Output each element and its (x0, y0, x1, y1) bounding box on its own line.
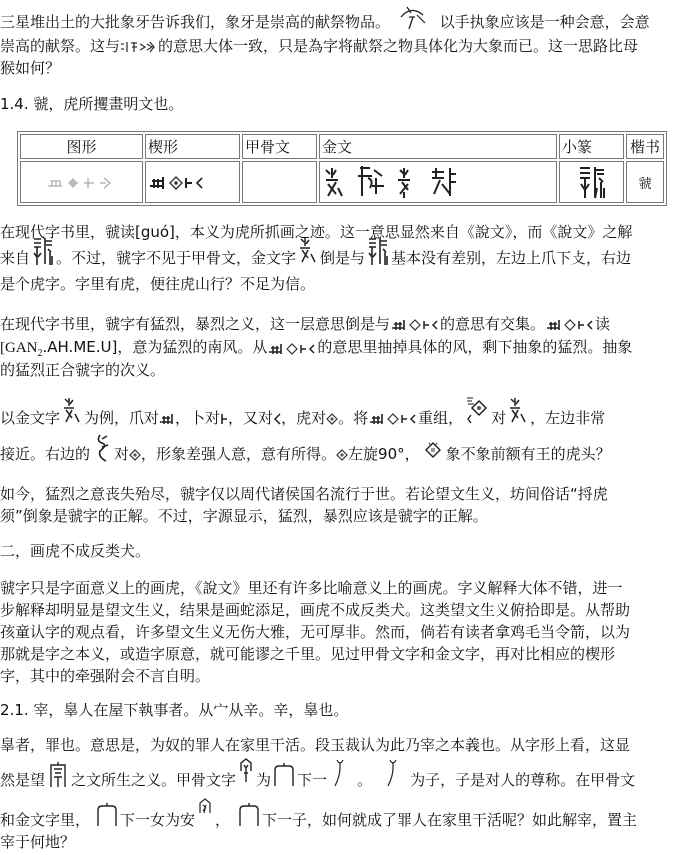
cell-jinwen (319, 161, 557, 203)
para2-line3: 是个虎字。字里有虎，便往虎山行？不足为信。 (0, 274, 315, 294)
para6-line2: 步解释却明显是望文生义，结果是画蛇添足，画虎不成反类犬。这类望文生义俯拾即是。从… (0, 600, 630, 620)
para7-line4: 宰于何地？ (0, 832, 75, 852)
cuneiform-tiger-icon (326, 413, 338, 425)
text: [GAN (0, 340, 38, 356)
text: ，形象差强人意，意有所得。 (141, 445, 336, 463)
para6-line1: 虢字只是字面意义上的画虎，《說文》里还有许多比喻意义上的画虎。字义解释大体不错，… (0, 578, 623, 598)
zai-oracle-glyph-icon (239, 757, 253, 787)
recombined-cuneiform-icon (465, 395, 489, 425)
text: ， (215, 811, 230, 829)
cell-xiexing (145, 161, 240, 203)
para2-line2: 来自。不过，虢字不见于甲骨文，金文字倒是与基本没有差别，左边上爪下攴，右边 (0, 248, 631, 268)
cuneiform-you-icon (273, 413, 281, 425)
para5-line1: 如今，猛烈之意丧失殆尽，虢字仅以周代诸侯国名流行于世。若论望文生义，坊间俗话“捋… (0, 484, 608, 504)
text: 为子，子是对人的尊称。在甲骨文 (410, 771, 635, 789)
text: 下一女为安 (120, 811, 195, 829)
para7-line1: 辠者，罪也。意思是，为奴的罪人在家里干活。段玉裁认为此乃宰之本義也。从字形上看，… (0, 735, 630, 755)
text: 以手执象应该是一种会意，会意 (440, 13, 650, 31)
text: 在现代字书里，虢字有猛烈，暴烈之义，这一层意思倒是与 (0, 315, 390, 333)
header-tuxing: 图形 (20, 134, 143, 159)
cuneiform-glyph-icon (120, 41, 158, 53)
cell-xiaozhuan (559, 161, 624, 203)
section-heading-1-4: 1.4. 虢，虎所攫畫明文也。 (0, 94, 183, 114)
cuneiform-bu-icon (220, 413, 228, 425)
text: 为 (256, 771, 271, 789)
text: 。不过，虢字不见于甲骨文，金文字 (56, 249, 296, 267)
cuneiform-tiger-icon (129, 449, 141, 461)
para1-line1: 三星堆出土的大批象牙告诉我们，象牙是崇高的献祭物品。 以手执象应该是一种会意，会… (0, 12, 650, 32)
para7-line3: 和金文字里，下一女为安，下一子，如何就成了罪人在家里干活呢？如此解宰，置主 (0, 810, 637, 830)
text: ，卜对 (175, 409, 220, 427)
text: 以金文字 (0, 409, 60, 427)
zi-child-glyph-icon (333, 758, 347, 788)
small-seal-glyph-image (577, 164, 607, 200)
bronze-glyph-icon (508, 396, 528, 426)
script-forms-table: 图形 楔形 甲骨文 金文 小篆 楷书 虢 (17, 131, 667, 206)
para5-line2: 须”倒象是虢字的正解。不过，字源显示，猛烈，暴烈应该是虢字的正解。 (0, 506, 488, 526)
text: 象不象前额有王的虎头？ (446, 445, 611, 463)
text: 倒是与 (320, 249, 365, 267)
pictograph-glyph-image (42, 175, 122, 191)
para1-line3: 猴如何？ (0, 58, 60, 78)
text: 左旋90°， (348, 445, 420, 463)
text: 然是望 (0, 771, 45, 789)
bronze-script-glyph-images (322, 164, 482, 200)
roof-glyph-icon (96, 802, 118, 828)
cuneiform-claw-icon (159, 413, 175, 425)
text: 。 (357, 771, 372, 789)
cuneiform-glyph-icon (267, 343, 317, 355)
bronze-glyph-icon (298, 236, 318, 266)
text: 对 (491, 409, 506, 427)
roof-glyph-icon (273, 762, 295, 788)
text: 的意思有交集。 (440, 315, 545, 333)
text: ，左边非常 (530, 409, 605, 427)
text: 。将 (338, 409, 368, 427)
bronze-glyph-icon (62, 396, 82, 426)
text: 读 (595, 315, 610, 333)
text: 的意思大体一致，只是為字将献祭之物具体化为大象而已。这一思路比母 (158, 37, 638, 55)
para6-line3: 孩童认字的观点看，许多望文生义无伤大雅，无可厚非。然而，倘若有读者拿鸡毛当令箭，… (0, 622, 630, 642)
cuneiform-glyph-image (148, 175, 206, 191)
text: 重组， (418, 409, 463, 427)
cuneiform-tiger-icon (336, 449, 348, 461)
header-xiaozhuan: 小篆 (559, 134, 624, 159)
header-kaishu: 楷书 (626, 134, 664, 159)
para6-line5: 字，其中的牵强附会不言自明。 (0, 666, 210, 686)
zi-child-glyph-icon (386, 758, 400, 788)
para3-line3: 的猛烈正合虢字的次义。 (0, 360, 165, 380)
text: 基本没有差别，左边上爪下攴，右边 (391, 249, 631, 267)
text: ，虎对 (281, 409, 326, 427)
header-jinwen: 金文 (319, 134, 557, 159)
para1-line2: 崇高的献祭。这与的意思大体一致，只是為字将献祭之物具体化为大象而已。这一思路比母 (0, 36, 638, 56)
text: 和金文字里， (0, 811, 90, 829)
section-heading-2: 二，画虎不成反类犬。 (0, 541, 150, 561)
para3-line1: 在现代字书里，虢字有猛烈，暴烈之义，这一层意思倒是与的意思有交集。读 (0, 314, 610, 334)
cuneiform-glyph-icon (390, 319, 440, 331)
header-xiexing: 楔形 (145, 134, 240, 159)
text: 来自 (0, 249, 30, 267)
text: 三星堆出土的大批象牙告诉我们，象牙是崇高的献祭物品。 (0, 13, 390, 31)
cell-jiaguwen (242, 161, 317, 203)
an-glyph-icon (198, 797, 212, 827)
section-heading-2-1: 2.1. 宰，辠人在屋下執事者。从宀从辛。辛，辠也。 (0, 700, 348, 720)
text: 下一子，如何就成了罪人在家里干活呢？如此解宰，置主 (262, 811, 637, 829)
text: 为例，爪对 (84, 409, 159, 427)
cell-kaishu: 虢 (626, 161, 664, 203)
text: 的意思里抽掉具体的风，剩下抽象的猛烈。抽象 (317, 338, 632, 356)
small-seal-glyph-icon (367, 236, 389, 268)
header-jiaguwen: 甲骨文 (242, 134, 317, 159)
para7-line2: 然是望之文所生之义。甲骨文字为下一。为子，子是对人的尊称。在甲骨文 (0, 770, 635, 790)
cuneiform-glyph-icon (545, 319, 595, 331)
cell-tuxing (20, 161, 143, 203)
cuneiform-glyph-icon (368, 413, 418, 425)
rotated-tiger-head-icon (423, 440, 443, 460)
text: 下一 (297, 771, 327, 789)
para4-line2: 接近。右边的对，形象差强人意，意有所得。左旋90°，象不象前额有王的虎头？ (0, 444, 611, 464)
text: 之文所生之义。甲骨文字 (71, 771, 236, 789)
umbrella-glyph-icon (395, 5, 435, 27)
text: 对 (114, 445, 129, 463)
text: 崇高的献祭。这与 (0, 37, 120, 55)
text: 接近。右边的 (0, 445, 90, 463)
small-seal-glyph-icon (32, 236, 54, 268)
text: ，又对 (228, 409, 273, 427)
tiger-bronze-glyph-icon (94, 433, 110, 463)
zai-seal-glyph-icon (49, 759, 67, 789)
text: .AH.ME.U]，意为猛烈的南风。从 (43, 338, 268, 356)
para4-line1: 以金文字为例，爪对，卜对，又对，虎对。将重组，对，左边非常 (0, 408, 605, 428)
para6-line4: 那就是字之本义，或造字原意，就可能谬之千里。见过甲骨文字和金文字，再对比相应的楔… (0, 644, 615, 664)
roof-glyph-icon (238, 802, 260, 828)
